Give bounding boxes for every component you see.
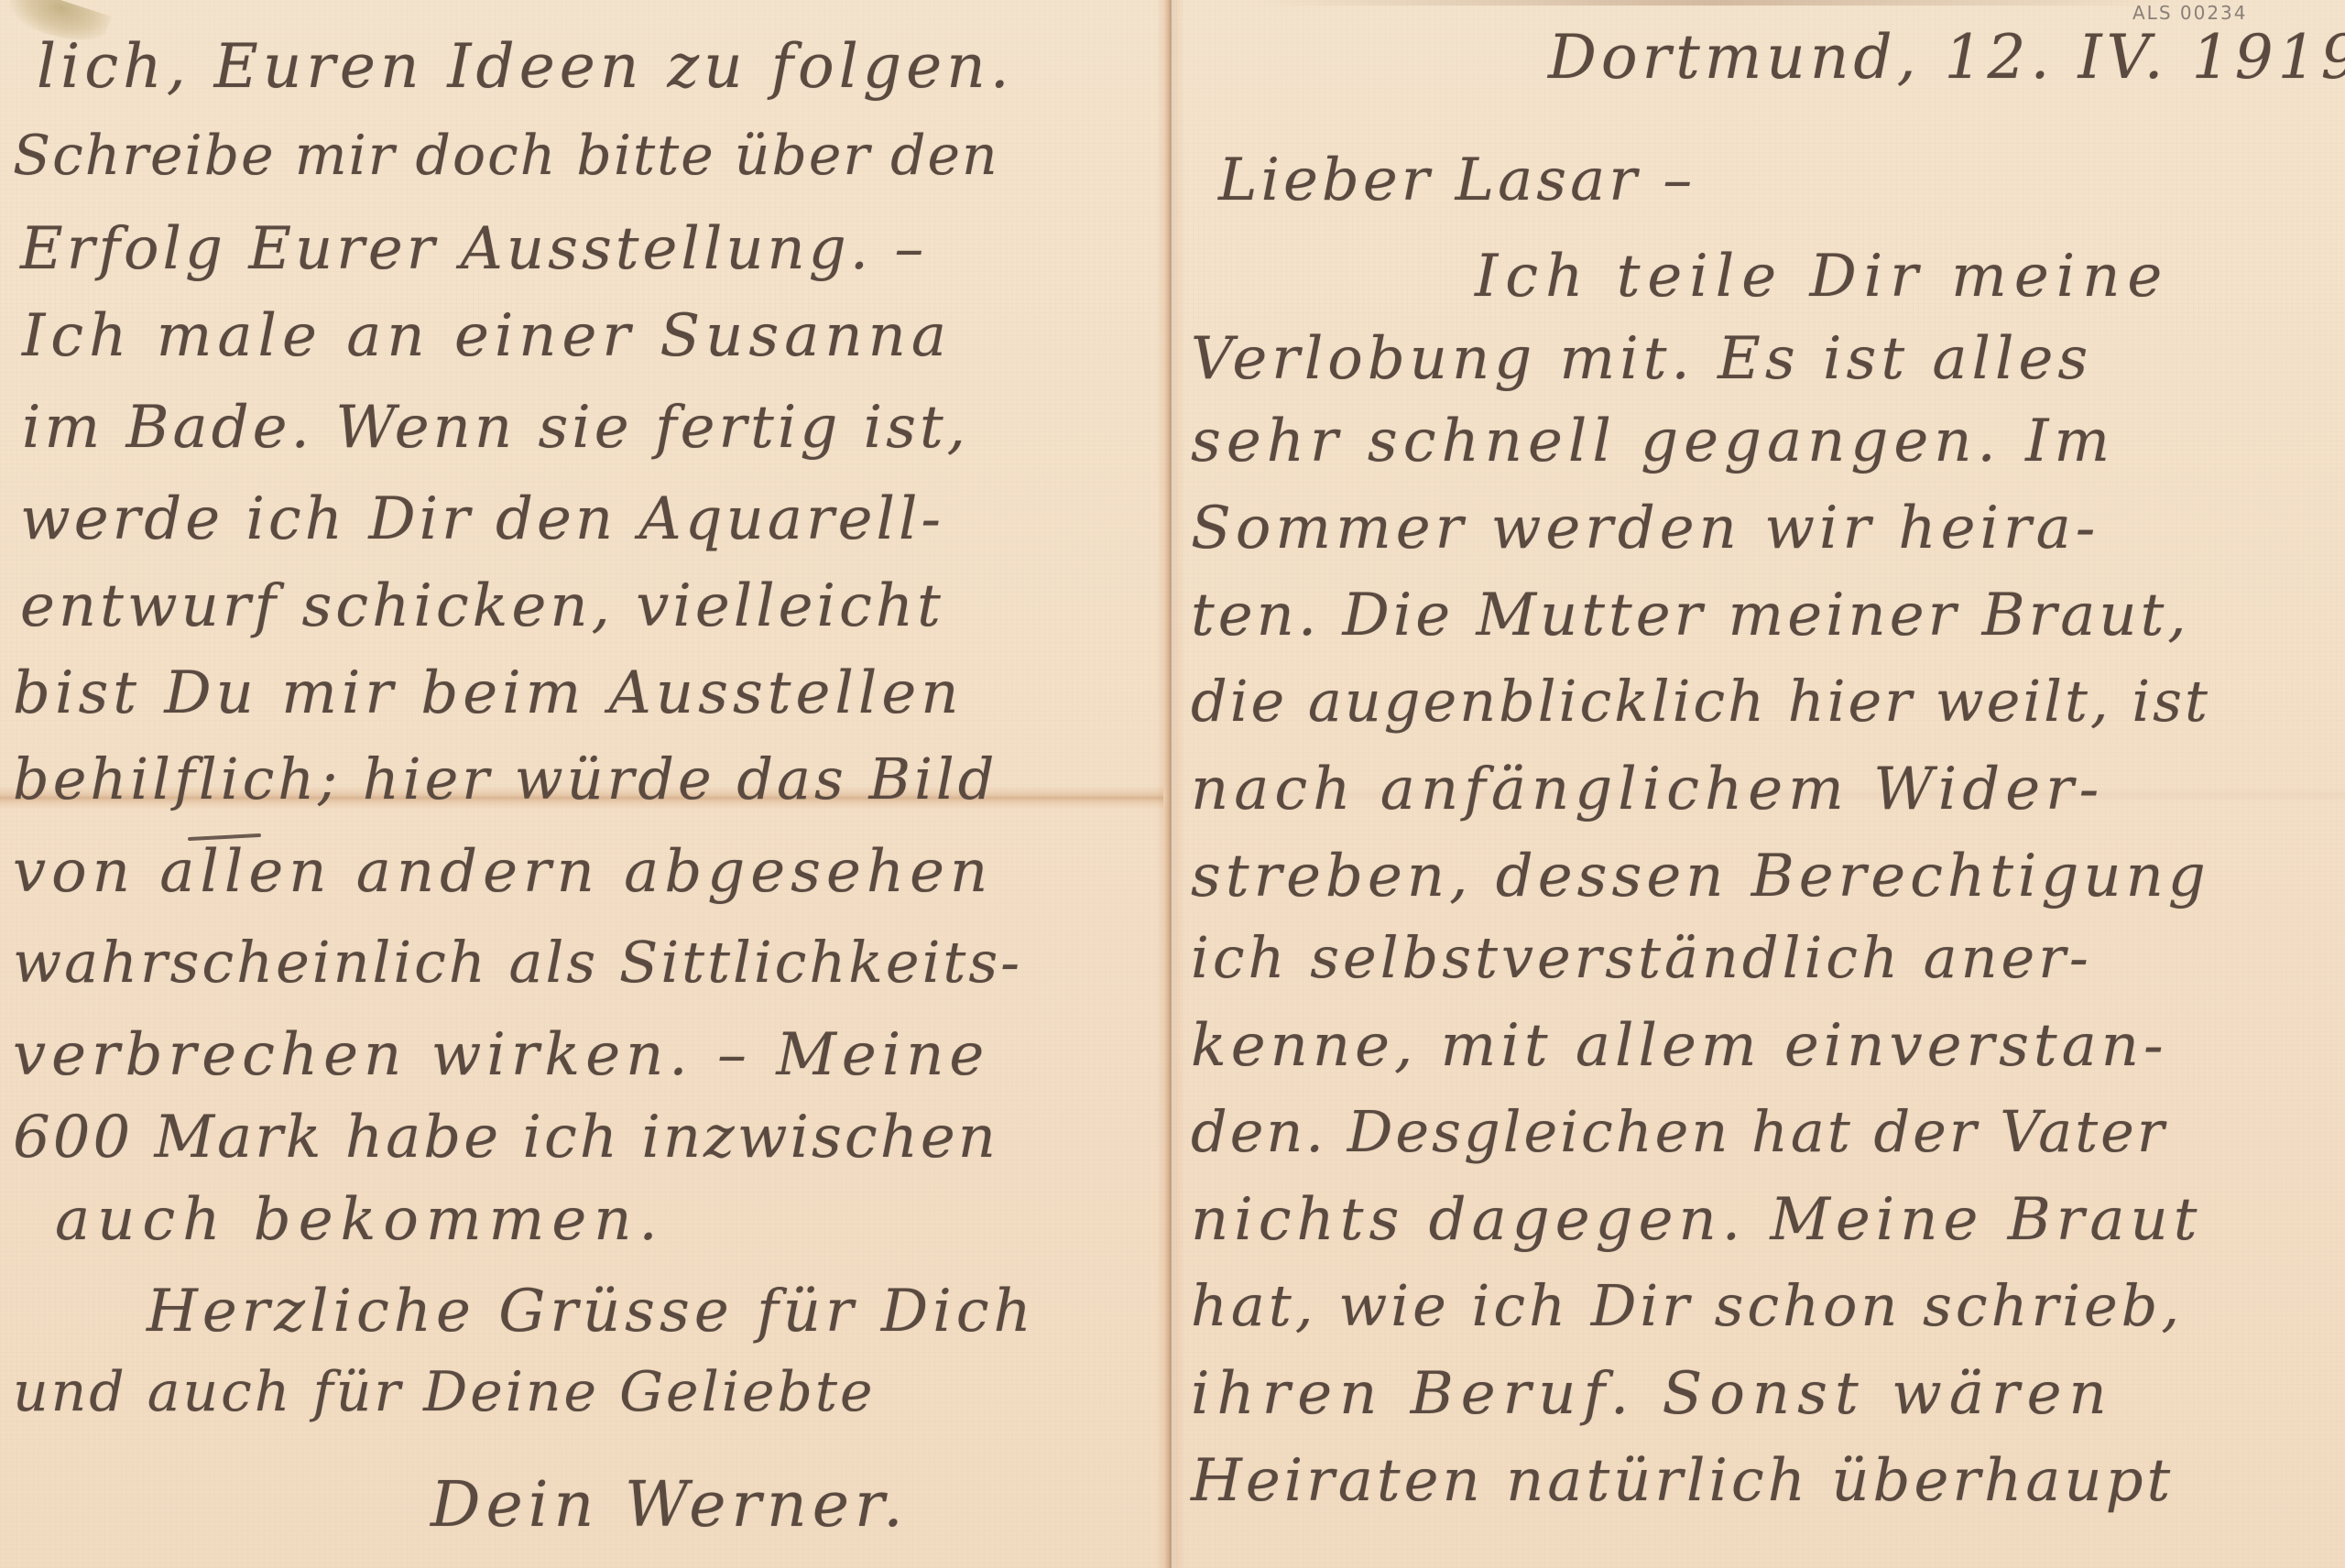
right-line-13: hat, wie ich Dir schon schrieb, (1191, 1278, 2183, 1334)
right-line-14: ihren Beruf. Sonst wären (1191, 1365, 2114, 1423)
left-line-5: im Bade. Wenn sie fertig ist, (22, 398, 969, 457)
right-line-5: ten. Die Mutter meiner Braut, (1191, 586, 2190, 645)
left-line-9: behilflich; hier würde das Bild (13, 751, 998, 808)
right-line-2: Verlobung mit. Es ist alles (1191, 330, 2092, 388)
left-line-8: bist Du mir beim Ausstellen (13, 664, 963, 723)
right-line-15: Heiraten natürlich überhaupt (1191, 1452, 2174, 1510)
right-page: Dortmund, 12. IV. 1919 Lieber Lasar – Ic… (1172, 0, 2345, 1568)
right-line-4: Sommer werden wir heira- (1191, 499, 2100, 558)
left-line-13: 600 Mark habe ich inzwischen (13, 1108, 998, 1167)
left-line-11: wahrscheinlich als Sittlichkeits- (13, 934, 1022, 991)
right-line-6: die augenblicklich hier weilt, ist (1191, 673, 2210, 730)
left-line-12: verbrechen wirken. – Meine (13, 1026, 989, 1084)
left-line-1: lich, Euren Ideen zu folgen. (37, 37, 1014, 97)
right-line-3: sehr schnell gegangen. Im (1191, 412, 2115, 471)
right-line-8: streben, dessen Berechtigung (1191, 847, 2210, 906)
left-line-6: werde ich Dir den Aquarell- (20, 490, 944, 549)
left-line-4: Ich male an einer Susanna (22, 307, 952, 365)
right-line-7: nach anfänglichem Wider- (1191, 760, 2104, 819)
right-line-10: kenne, mit allem einverstan- (1191, 1017, 2168, 1075)
signature: Dein Werner. (431, 1475, 909, 1537)
left-line-10: von allen andern abgesehen (13, 843, 993, 901)
right-line-11: den. Desgleichen hat der Vater (1191, 1104, 2167, 1160)
left-line-14: auch bekommen. (55, 1191, 665, 1249)
left-line-16: und auch für Deine Geliebte (13, 1365, 875, 1420)
right-line-9: ich selbstverständlich aner- (1191, 930, 2092, 986)
right-line-1: Ich teile Dir meine (1475, 247, 2169, 306)
letter-scan: ALS 00234 lich, Euren Ideen zu folgen. S… (0, 0, 2345, 1568)
left-line-2: Schreibe mir doch bitte über den (13, 128, 999, 183)
left-line-3: Erfolg Eurer Ausstellung. – (20, 220, 927, 278)
left-page: lich, Euren Ideen zu folgen. Schreibe mi… (0, 0, 1170, 1568)
salutation: Lieber Lasar – (1218, 151, 1696, 210)
right-line-12: nichts dagegen. Meine Braut (1191, 1191, 2202, 1249)
place-date: Dortmund, 12. IV. 1919 (1548, 27, 2345, 88)
left-line-15: Herzliche Grüsse für Dich (147, 1282, 1036, 1341)
left-line-7: entwurf schicken, vielleicht (20, 577, 944, 636)
